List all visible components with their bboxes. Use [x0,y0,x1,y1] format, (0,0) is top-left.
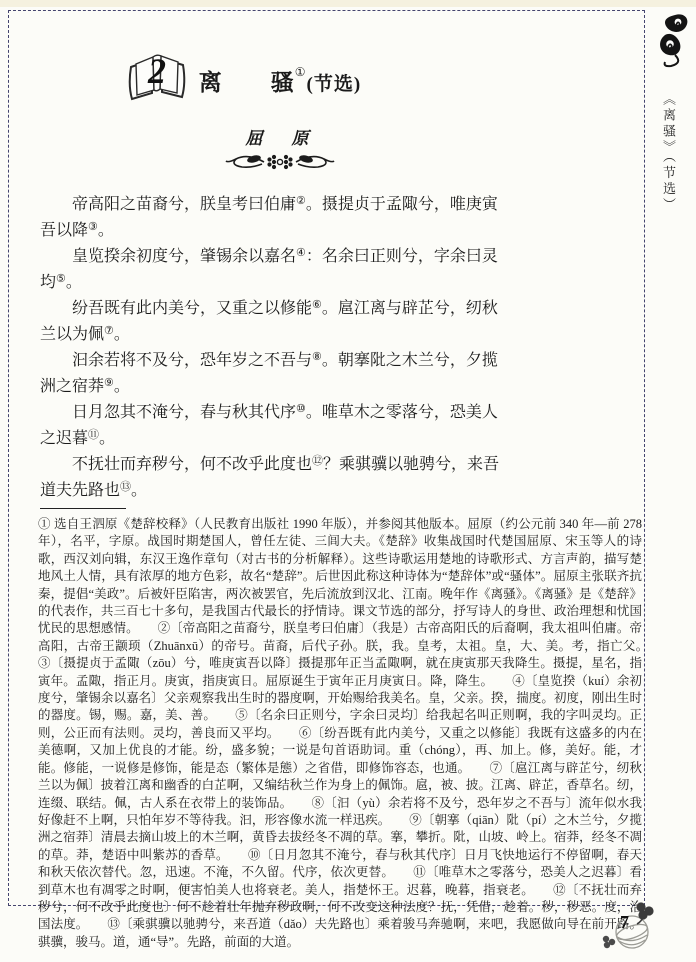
footnote-marker: ⑨ [104,377,114,389]
footnote-marker: ⑤ [56,273,66,285]
floral-corner-ornament [655,13,693,74]
title-text: 离 骚 [199,70,295,95]
footnote-marker: ⑬ [120,481,131,493]
lesson-header: 离 骚①(节选) [0,64,560,97]
poem-stanza: 帝高阳之苗裔兮，朕皇考曰伯庸②。摄提贞于孟陬兮，唯庚寅吾以降③。 [40,192,506,244]
margin-running-title: 《离骚》（节选） [659,92,678,232]
title-footnote-marker: ① [295,65,307,79]
poem-body: 帝高阳之苗裔兮，朕皇考曰伯庸②。摄提贞于孟陬兮，唯庚寅吾以降③。皇览揆余初度兮，… [40,192,506,504]
footnote-marker: ④ [296,247,306,259]
footnote-marker: ② [296,195,306,207]
footnote-marker: ③ [88,221,98,233]
footnote-item: ⑬〔乘骐骥以驰骋兮，来吾道（dǎo）夫先路也〕乘着骏马奔驰啊，来吧，我愿做向导在… [38,917,642,948]
poem-stanza: 不抚壮而弃秽兮，何不改乎此度也⑫？乘骐骥以驰骋兮，来吾道夫先路也⑬。 [40,452,506,504]
page-footer: 7 [599,899,663,959]
title-suffix: (节选) [307,74,362,95]
scan-edge-artifact [0,0,696,7]
footnotes-paragraph: ① 选自王泗原《楚辞校释》（人民教育出版社 1990 年版），并参阅其他版本。屈… [38,516,642,951]
textbook-page: 2 离 骚①(节选) 屈 原 [0,0,696,962]
poem-stanza: 汩余若将不及兮，恐年岁之不吾与⑧。朝搴阰之木兰兮，夕揽洲之宿莽⑨。 [40,348,506,400]
poem-stanza: 纷吾既有此内美兮，又重之以修能⑥。扈江离与辟芷兮，纫秋兰以为佩⑦。 [40,296,506,348]
footnote-item: ① 选自王泗原《楚辞校释》（人民教育出版社 1990 年版），并参阅其他版本。屈… [38,517,642,635]
poem-stanza: 日月忽其不淹兮，春与秋其代序⑩。唯草木之零落兮，恐美人之迟暮⑪。 [40,400,506,452]
footnote-marker: ⑫ [312,455,323,467]
footnote-separator-rule [40,508,126,509]
floral-flourish-divider [224,146,336,181]
page-title: 离 骚①(节选) [199,70,361,95]
flower-circle-page-ornament [599,899,663,959]
footnote-marker: ⑦ [104,325,114,337]
poem-stanza: 皇览揆余初度兮，肇锡余以嘉名④：名余曰正则兮，字余曰灵均⑤。 [40,244,506,296]
footnote-marker: ⑧ [312,351,322,363]
footnote-marker: ⑥ [312,299,322,311]
footnotes-block: ① 选自王泗原《楚辞校释》（人民教育出版社 1990 年版），并参阅其他版本。屈… [38,516,642,951]
footnote-marker: ⑩ [296,403,306,415]
footnote-marker: ⑪ [88,429,99,441]
page-number: 7 [620,912,629,933]
